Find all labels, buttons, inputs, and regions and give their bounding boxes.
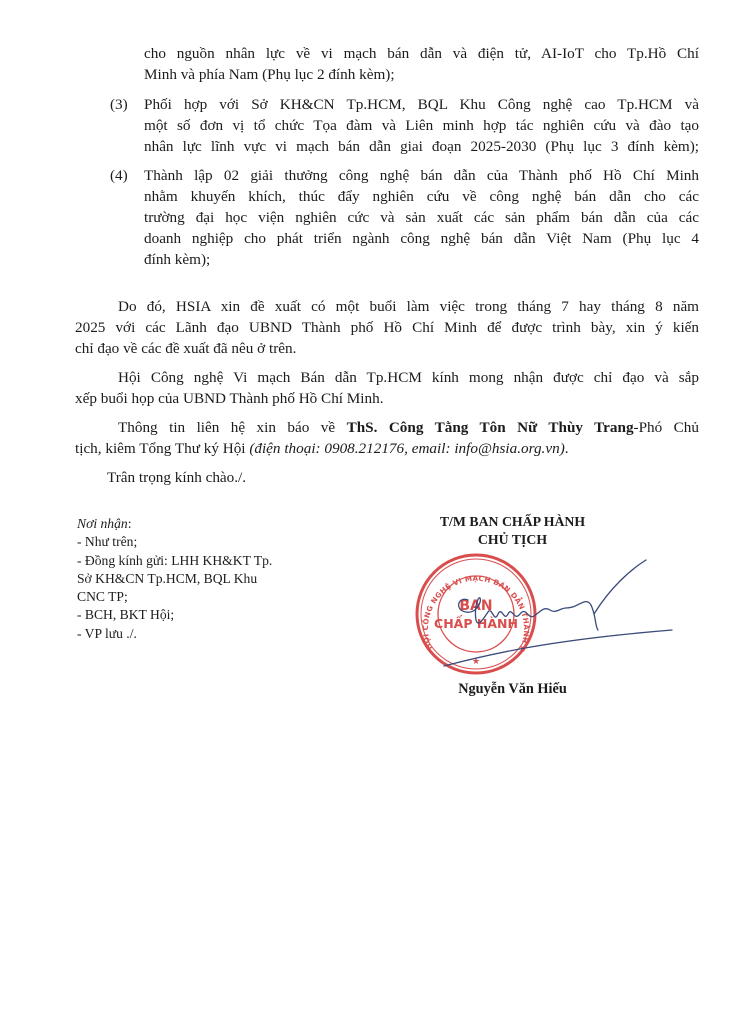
item-3-line-1: Phối hợp với Sở KH&CN Tp.HCM, BQL Khu Cô… (144, 95, 699, 115)
contact-role-b: tịch, kiêm Tổng Thư ký Hội (75, 440, 249, 457)
item-3-line-2: một số đơn vị tổ chức Tọa đàm và Liên mi… (144, 116, 699, 136)
contact-role-a: -Phó Chủ (634, 419, 699, 436)
proposal-line-2: 2025 với các Lãnh đạo UBND Thành phố Hồ … (75, 318, 699, 338)
contact-name: ThS. Công Tằng Tôn Nữ Thùy Trang (347, 419, 634, 436)
recipient-item: - BCH, BKT Hội; (77, 606, 317, 624)
item-2-line-1: cho nguồn nhân lực về vi mạch bán dẫn và… (144, 44, 699, 64)
recipients-block: Nơi nhận: - Như trên; - Đồng kính gửi: L… (77, 515, 317, 643)
recipient-item: - Đồng kính gửi: LHH KH&KT Tp. (77, 552, 317, 570)
proposal-line-1: Do đó, HSIA xin đề xuất có một buổi làm … (118, 297, 699, 317)
item-4-number: (4) (110, 166, 128, 186)
contact-line-1: Thông tin liên hệ xin báo về ThS. Công T… (118, 418, 699, 438)
contact-end: . (565, 440, 569, 457)
signer-name: Nguyễn Văn Hiếu (400, 681, 625, 698)
item-3-line-3: nhân lực lĩnh vực vi mạch bán dẫn giai đ… (144, 137, 699, 157)
signature-title-role: CHỦ TỊCH (400, 531, 625, 549)
recipient-item: - Như trên; (77, 533, 317, 551)
item-4-line-2: nhằm khuyến khích, thúc đẩy nghiên cứu v… (144, 187, 699, 207)
contact-line-2: tịch, kiêm Tổng Thư ký Hội (điện thoại: … (75, 439, 569, 459)
document-page: cho nguồn nhân lực về vi mạch bán dẫn và… (0, 0, 733, 1024)
item-4-line-1: Thành lập 02 giải thưởng công nghệ bán d… (144, 166, 699, 186)
item-4-line-5: đính kèm); (144, 250, 210, 270)
signature-title-org: T/M BAN CHẤP HÀNH (400, 513, 625, 531)
recipient-item: CNC TP; (77, 588, 317, 606)
recipient-item: - VP lưu ./. (77, 625, 317, 643)
item-4-line-3: trường đại học viện nghiên cức và sản xu… (144, 208, 699, 228)
request-line-2: xếp buổi họp của UBND Thành phố Hồ Chí M… (75, 389, 384, 409)
contact-details: (điện thoại: 0908.212176, email: info@hs… (249, 440, 564, 457)
recipients-heading: Nơi nhận: (77, 515, 317, 533)
official-stamp-and-signature: HỘI CÔNG NGHỆ VI MẠCH BÁN DẪN THÀNH PHỐ … (410, 548, 680, 680)
item-2-line-2: Minh và phía Nam (Phụ lục 2 đính kèm); (144, 65, 395, 85)
closing-greeting: Trân trọng kính chào./. (107, 468, 246, 488)
item-4-line-4: doanh nghiệp cho phát triển ngành công n… (144, 229, 699, 249)
request-line-1: Hội Công nghệ Vi mạch Bán dẫn Tp.HCM kín… (118, 368, 699, 388)
recipient-item: Sở KH&CN Tp.HCM, BQL Khu (77, 570, 317, 588)
stamp-seal: HỘI CÔNG NGHỆ VI MẠCH BÁN DẪN THÀNH PHỐ … (410, 548, 535, 673)
item-3-number: (3) (110, 95, 128, 115)
contact-lead: Thông tin liên hệ xin báo về (118, 419, 347, 436)
proposal-line-3: chỉ đạo về các đề xuất đã nêu ở trên. (75, 339, 296, 359)
